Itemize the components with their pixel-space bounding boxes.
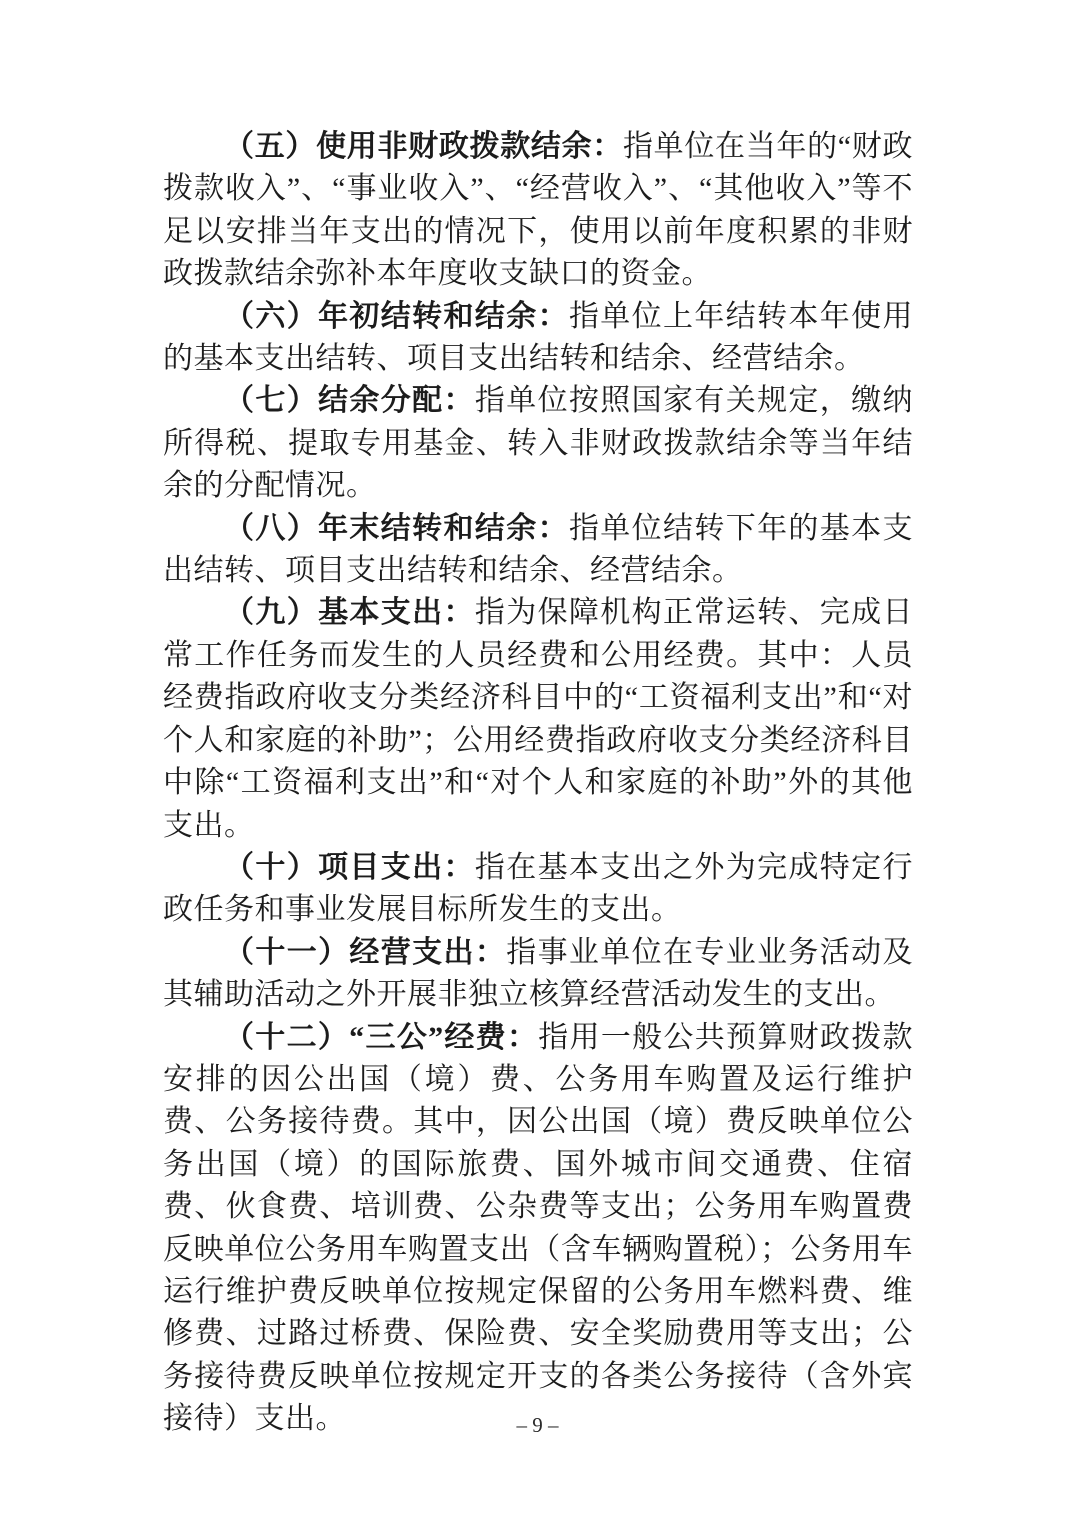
definition-term: （九）基本支出： [224,596,475,629]
definition-paragraph: （十二）“三公”经费：指用一般公共预算财政拨款安排的因公出国（境）费、公务用车购… [163,1017,913,1441]
definition-paragraph: （八）年末结转和结余：指单位结转下年的基本支出结转、项目支出结转和结余、经营结余… [163,508,913,593]
document-body: （五）使用非财政拨款结余：指单位在当年的“财政拨款收入”、“事业收入”、“经营收… [163,126,913,1441]
definition-paragraph: （六）年初结转和结余：指单位上年结转本年使用的基本支出结转、项目支出结转和结余、… [163,296,913,381]
definition-paragraph: （十一）经营支出：指事业单位在专业业务活动及其辅助活动之外开展非独立核算经营活动… [163,932,913,1017]
definition-paragraph: （九）基本支出：指为保障机构正常运转、完成日常工作任务而发生的人员经费和公用经费… [163,592,913,846]
definition-term: （十）项目支出： [224,851,475,884]
definition-term: （六）年初结转和结余： [224,300,569,333]
definition-term: （五）使用非财政拨款结余： [224,130,623,163]
definition-term: （七）结余分配： [224,384,475,417]
definition-paragraph: （七）结余分配：指单位按照国家有关规定，缴纳所得税、提取专用基金、转入非财政拨款… [163,380,913,507]
definition-text: 指为保障机构正常运转、完成日常工作任务而发生的人员经费和公用经费。其中：人员经费… [163,596,913,841]
page-number: – 9 – [0,1410,1075,1440]
document-page: { "colors": { "background": "#ffffff", "… [0,0,1075,1520]
definition-text: 指用一般公共预算财政拨款安排的因公出国（境）费、公务用车购置及运行维护费、公务接… [163,1021,913,1436]
definition-term: （八）年末结转和结余： [224,512,569,545]
definition-paragraph: （五）使用非财政拨款结余：指单位在当年的“财政拨款收入”、“事业收入”、“经营收… [163,126,913,296]
definition-paragraph: （十）项目支出：指在基本支出之外为完成特定行政任务和事业发展目标所发生的支出。 [163,847,913,932]
definition-term: （十二）“三公”经费： [224,1021,538,1054]
definition-term: （十一）经营支出： [224,936,506,969]
